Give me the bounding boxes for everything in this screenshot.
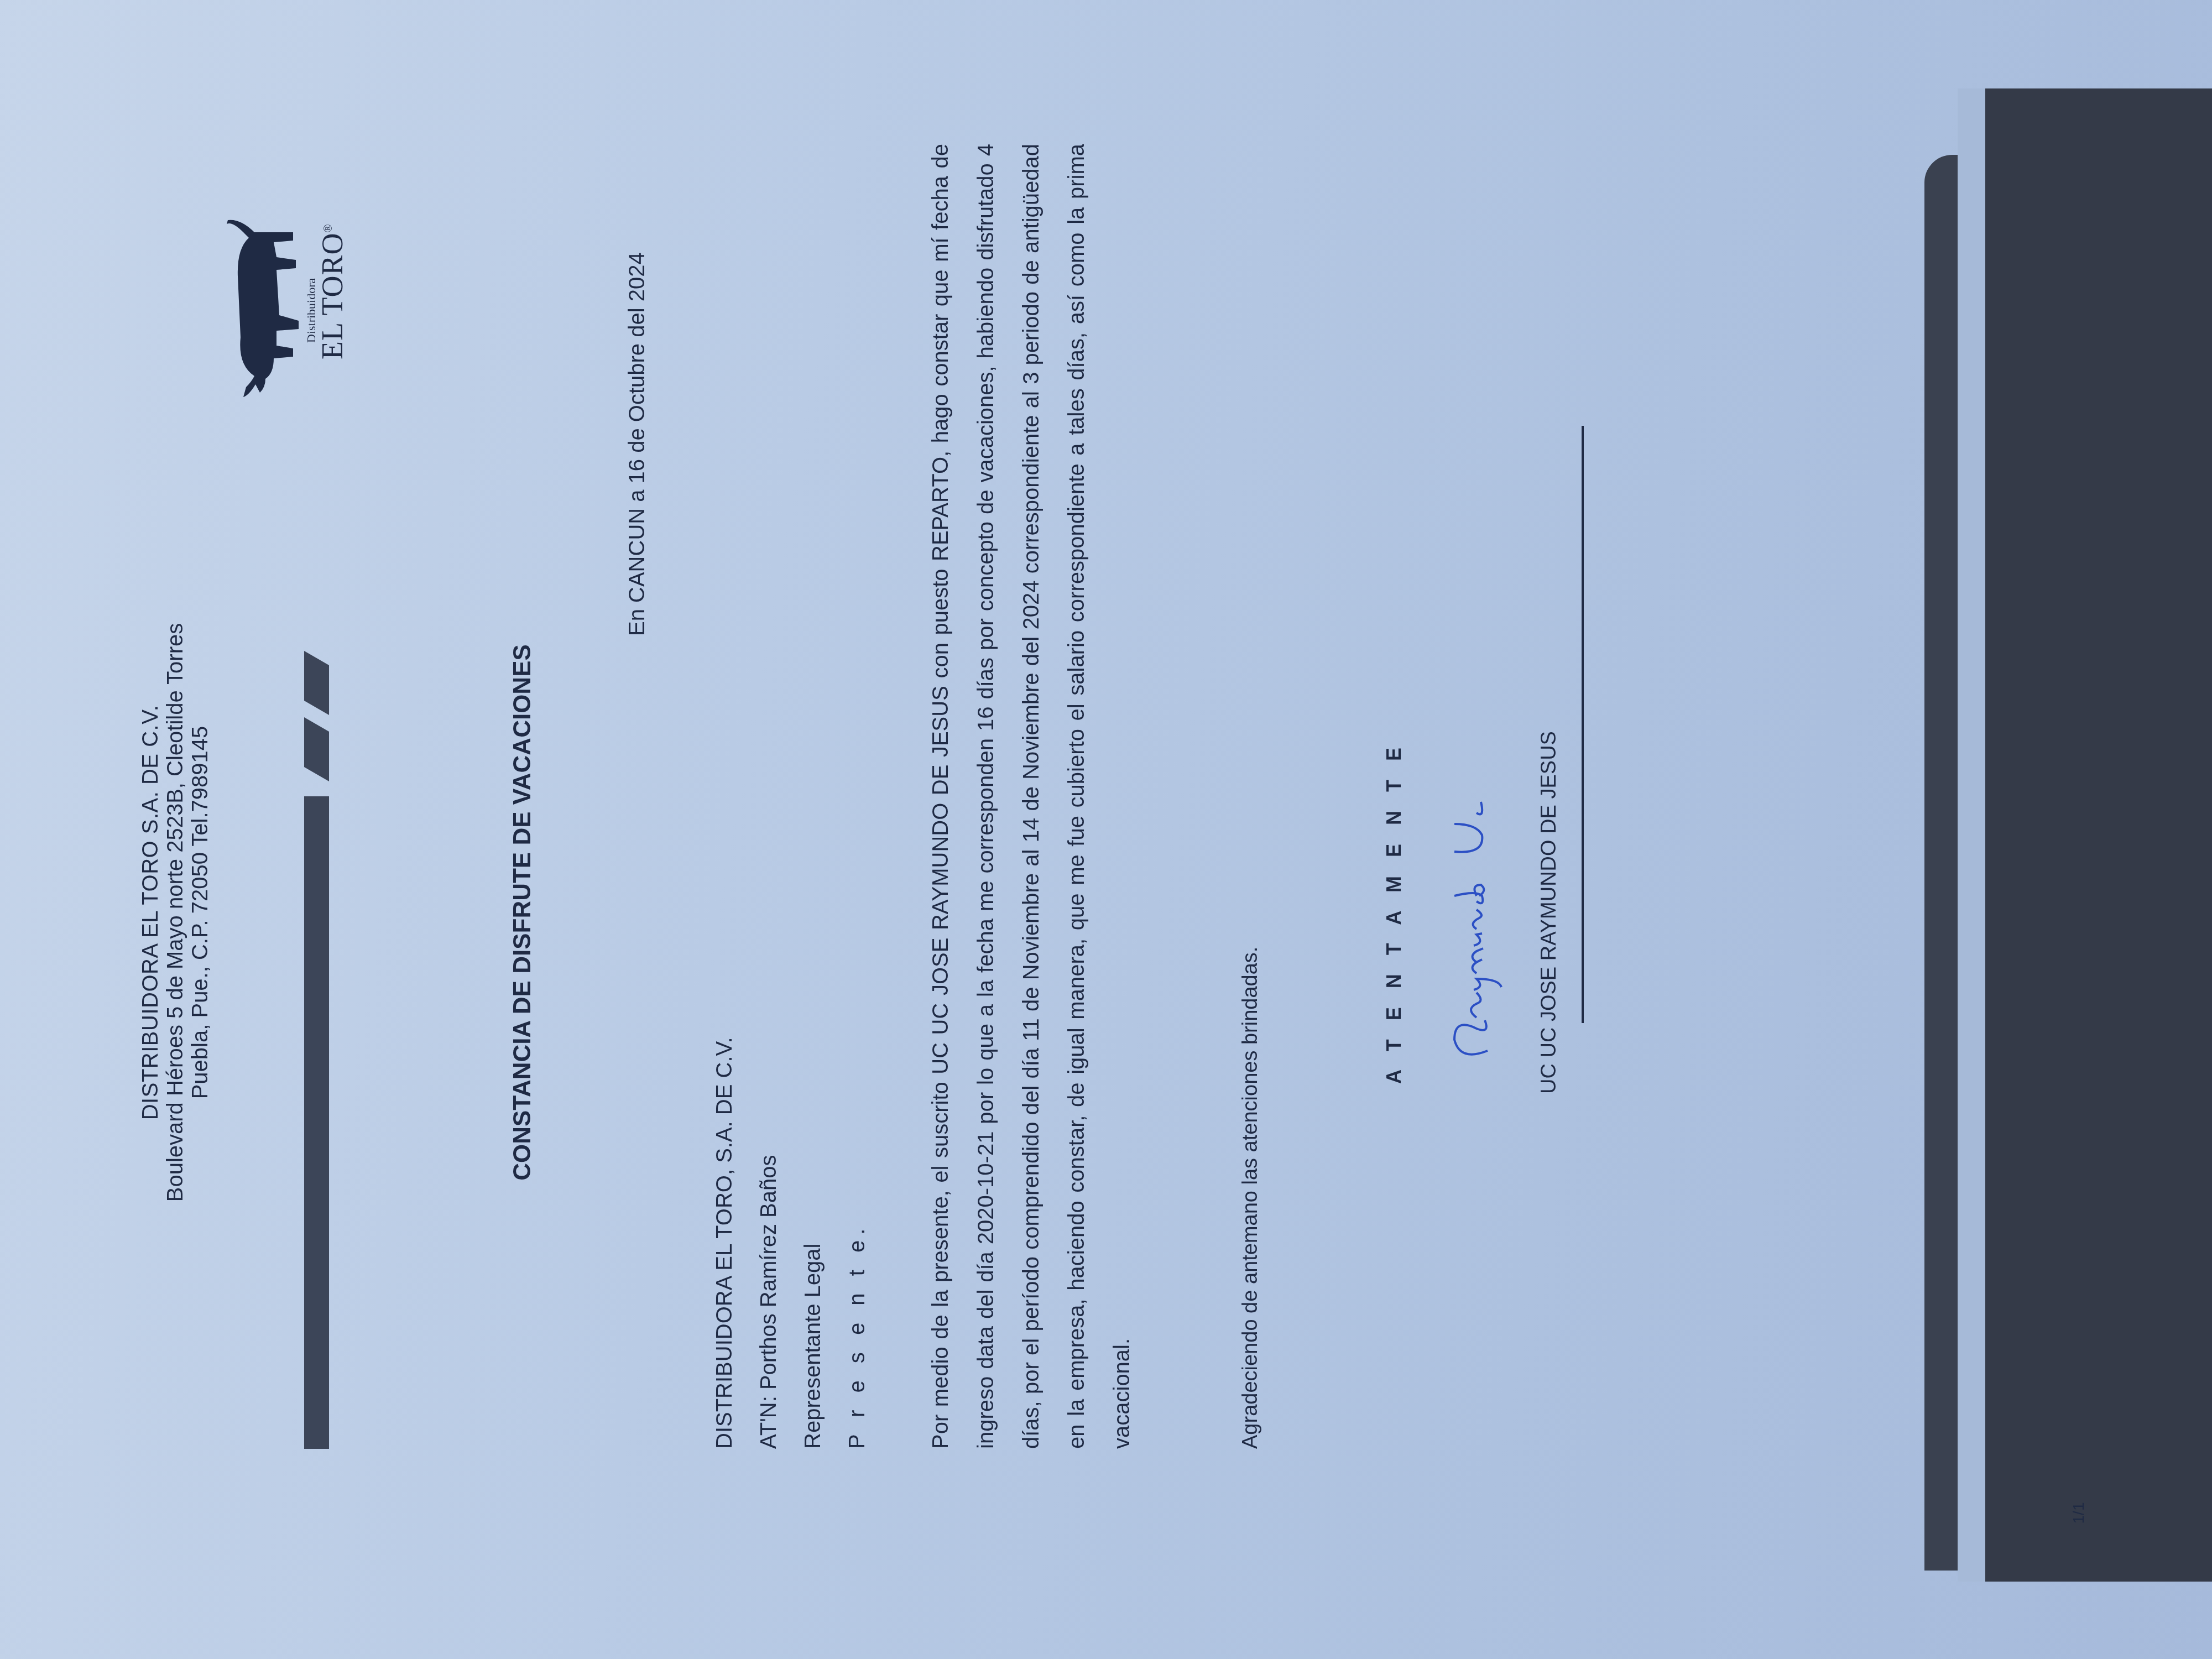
closing-line: Agradeciendo de antemano las atenciones … bbox=[1239, 947, 1262, 1449]
letterhead-decorative-bar bbox=[304, 796, 329, 1449]
company-name: DISTRIBUIDORA EL TORO S.A. DE C.V. bbox=[138, 166, 163, 1659]
page-number: 1/1 bbox=[2070, 1503, 2088, 1524]
recipient-company: DISTRIBUIDORA EL TORO, S.A. DE C.V. bbox=[702, 1037, 747, 1449]
letterhead: DISTRIBUIDORA EL TORO S.A. DE C.V. Boule… bbox=[138, 166, 213, 1659]
page-edge-gap bbox=[1958, 88, 1985, 1582]
logo-brand: EL TORO® bbox=[315, 223, 349, 359]
logo-brand-text: EL TORO bbox=[316, 232, 349, 359]
letterhead-decorative-slash bbox=[304, 651, 329, 715]
signature-line bbox=[1582, 426, 1584, 1023]
body-paragraph: Por medio de la presente, el suscrito UC… bbox=[918, 144, 1145, 1449]
recipient-block: DISTRIBUIDORA EL TORO, S.A. DE C.V. AT'N… bbox=[702, 1037, 879, 1449]
address-line-1: Boulevard Héroes 5 de Mayo norte 2523B, … bbox=[163, 166, 188, 1659]
document-title: CONSTANCIA DE DISFRUTE DE VACACIONES bbox=[509, 166, 536, 1659]
handwritten-signature bbox=[1394, 752, 1504, 1062]
letterhead-decorative-slash bbox=[304, 717, 329, 781]
dark-table-surface bbox=[1985, 88, 2212, 1582]
company-logo: Distribuidora EL TORO® bbox=[221, 216, 365, 398]
address-line-2: Puebla, Pue., C.P. 72050 Tel.7989145 bbox=[188, 166, 213, 1659]
registered-mark: ® bbox=[322, 223, 335, 232]
recipient-role: Representante Legal bbox=[791, 1037, 835, 1449]
recipient-attention: AT'N: Porthos Ramírez Baños bbox=[747, 1037, 791, 1449]
bull-icon bbox=[221, 216, 310, 398]
letter-document: DISTRIBUIDORA EL TORO S.A. DE C.V. Boule… bbox=[111, 166, 1936, 1659]
place-date: En CANCUN a 16 de Octubre del 2024 bbox=[625, 252, 650, 636]
signer-name: UC UC JOSE RAYMUNDO DE JESUS bbox=[1537, 166, 1561, 1659]
recipient-greeting: P r e s e n t e. bbox=[835, 1037, 879, 1449]
